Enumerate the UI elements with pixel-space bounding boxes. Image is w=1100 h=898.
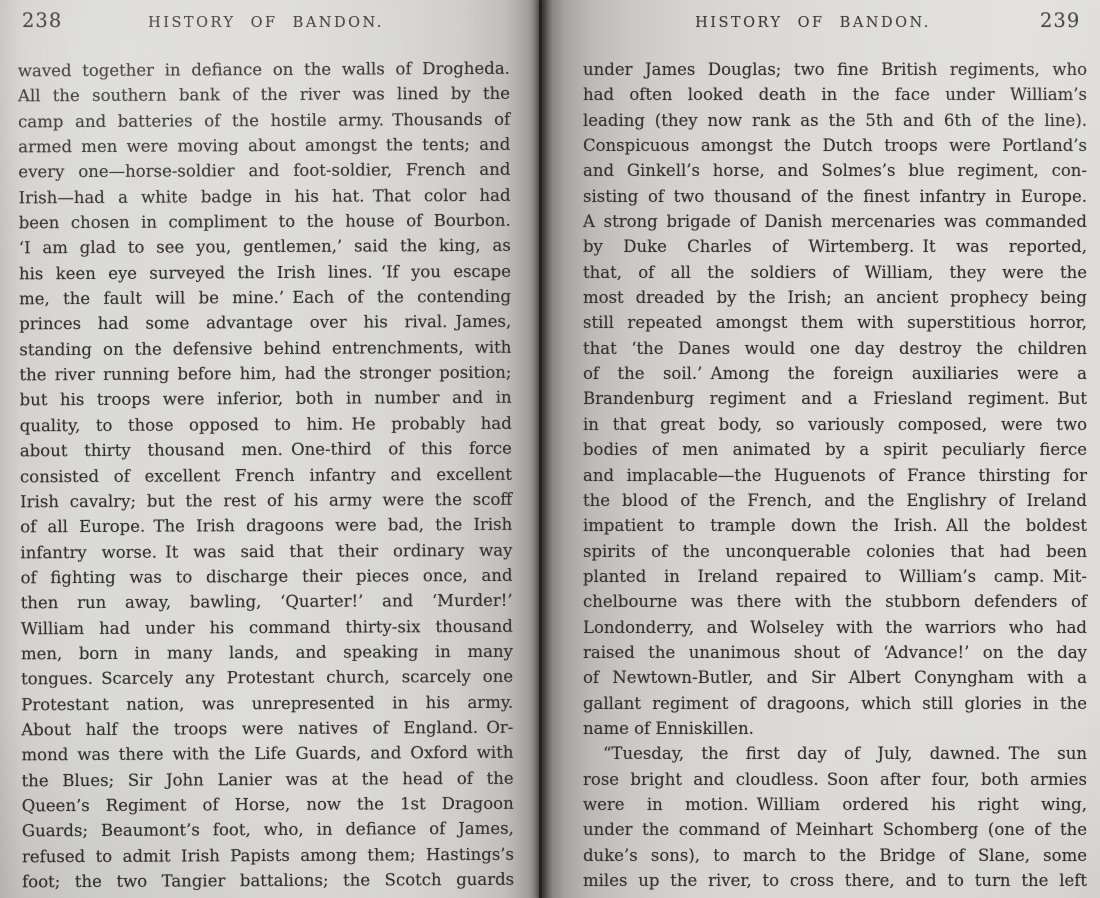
text-line: the river running before him, had the st… bbox=[19, 360, 511, 388]
text-line: about thirty thousand men. One-third of … bbox=[20, 436, 512, 464]
text-line: armed men were moving about amongst the … bbox=[18, 132, 510, 160]
text-line: infantry worse. It was said that their o… bbox=[20, 537, 512, 565]
text-line: name of Enniskillen. bbox=[583, 716, 1087, 741]
text-line: Conspicuous amongst the Dutch troops wer… bbox=[583, 133, 1087, 158]
text-line: impatient to trample down the Irish. All… bbox=[583, 513, 1087, 538]
text-line: camp and batteries of the hostile army. … bbox=[18, 106, 510, 134]
text-line: All the southern bank of the river was l… bbox=[18, 81, 510, 109]
text-line: William had under his command thirty-six… bbox=[21, 613, 513, 641]
text-line: under James Douglas; two fine British re… bbox=[583, 57, 1087, 82]
text-line: under the command of Meinhart Schomberg … bbox=[583, 817, 1087, 842]
left-running-header: HISTORY OF BANDON. bbox=[20, 15, 512, 31]
left-page-text-block: waved together in defiance on the walls … bbox=[18, 56, 514, 895]
text-line: of all Europe. The Irish dragoons were b… bbox=[20, 512, 512, 540]
text-line: spirits of the unconquerable colonies th… bbox=[583, 539, 1087, 564]
text-line: ‘I am glad to see you, gentlemen,’ said … bbox=[19, 233, 511, 261]
text-line: duke’s sons), to march to the Bridge of … bbox=[583, 843, 1087, 868]
text-line: mond was there with the Life Guards, and… bbox=[21, 740, 513, 768]
text-line: then run away, bawling, ‘Quarter!’ and ‘… bbox=[21, 588, 513, 616]
text-line: Irish—had a white badge in his hat. That… bbox=[18, 182, 510, 210]
text-line: were in motion. William ordered his righ… bbox=[583, 792, 1087, 817]
text-line: sisting of two thousand of the finest in… bbox=[583, 184, 1087, 209]
text-line: About half the troops were natives of En… bbox=[21, 715, 513, 743]
text-line: of the soil.’ Among the foreign auxiliar… bbox=[583, 361, 1087, 386]
text-line: the blood of the French, and the English… bbox=[583, 488, 1087, 513]
text-line: of fighting was to discharge their piece… bbox=[20, 563, 512, 591]
text-line: Irish cavalry; but the rest of his army … bbox=[20, 487, 512, 515]
text-line: leading (they now rank as the 5th and 6t… bbox=[583, 108, 1087, 133]
text-line: still repeated amongst them with superst… bbox=[583, 310, 1087, 335]
text-line: Londonderry, and Wolseley with the warri… bbox=[583, 615, 1087, 640]
text-line: gallant regiment of dragoons, which stil… bbox=[583, 691, 1087, 716]
text-line: Guards; Beaumont’s foot, who, in defianc… bbox=[22, 816, 514, 844]
text-line: had often looked death in the face under… bbox=[583, 82, 1087, 107]
text-line: tongues. Scarcely any Protestant church,… bbox=[21, 664, 513, 692]
text-line: “Tuesday, the first day of July, dawned.… bbox=[583, 741, 1087, 766]
text-line: raised the unanimous shout of ‘Advance!’… bbox=[583, 640, 1087, 665]
text-line: and implacable—the Huguenots of France t… bbox=[583, 463, 1087, 488]
text-line: A strong brigade of Danish mercenaries w… bbox=[583, 209, 1087, 234]
text-line: most dreaded by the Irish; an ancient pr… bbox=[583, 285, 1087, 310]
text-line: planted in Ireland repaired to William’s… bbox=[583, 564, 1087, 589]
text-line: men, born in many lands, and speaking in… bbox=[21, 639, 513, 667]
text-line: consisted of excellent French infantry a… bbox=[20, 461, 512, 489]
text-line: been chosen in compliment to the house o… bbox=[19, 208, 511, 236]
right-page-number: 239 bbox=[1040, 9, 1080, 32]
text-line: refused to admit Irish Papists among the… bbox=[22, 841, 514, 869]
text-line: standing on the defensive behind entrenc… bbox=[19, 334, 511, 362]
text-line: Protestant nation, was unrepresented in … bbox=[21, 689, 513, 717]
text-line: Queen’s Regiment of Horse, now the 1st D… bbox=[22, 791, 514, 819]
text-line: waved together in defiance on the walls … bbox=[18, 56, 510, 84]
text-line: Brandenburg regiment and a Friesland reg… bbox=[583, 386, 1087, 411]
right-running-header: HISTORY OF BANDON. bbox=[583, 15, 1043, 31]
text-line: quality, to those opposed to him. He pro… bbox=[20, 411, 512, 439]
book-spine-gutter bbox=[539, 0, 542, 898]
text-line: and Ginkell’s horse, and Solmes’s blue r… bbox=[583, 158, 1087, 183]
text-line: the Blues; Sir John Lanier was at the he… bbox=[22, 765, 514, 793]
text-line: princes had some advantage over his riva… bbox=[19, 309, 511, 337]
text-line: every one—horse-soldier and foot-soldier… bbox=[18, 157, 510, 185]
text-line: foot; the two Tangier battalions; the Sc… bbox=[22, 867, 514, 895]
book-scan: 238 HISTORY OF BANDON. waved together in… bbox=[0, 0, 1100, 898]
text-line: bodies of men animated by a spirit pecul… bbox=[583, 437, 1087, 462]
text-line: rose bright and cloudless. Soon after fo… bbox=[583, 767, 1087, 792]
text-line: miles up the river, to cross there, and … bbox=[583, 868, 1087, 893]
text-line: that, of all the soldiers of William, th… bbox=[583, 260, 1087, 285]
text-line: chelbourne was there with the stubborn d… bbox=[583, 589, 1087, 614]
text-line: that ‘the Danes would one day destroy th… bbox=[583, 336, 1087, 361]
right-page-text-block: under James Douglas; two fine British re… bbox=[583, 57, 1087, 893]
text-line: of Newtown-Butler, and Sir Albert Conyng… bbox=[583, 665, 1087, 690]
text-line: me, the fault will be mine.’ Each of the… bbox=[19, 284, 511, 312]
text-line: but his troops were inferior, both in nu… bbox=[20, 385, 512, 413]
text-line: in that great body, so variously compose… bbox=[583, 412, 1087, 437]
text-line: by Duke Charles of Wirtemberg. It was re… bbox=[583, 234, 1087, 259]
text-line: his keen eye surveyed the Irish lines. ‘… bbox=[19, 258, 511, 286]
